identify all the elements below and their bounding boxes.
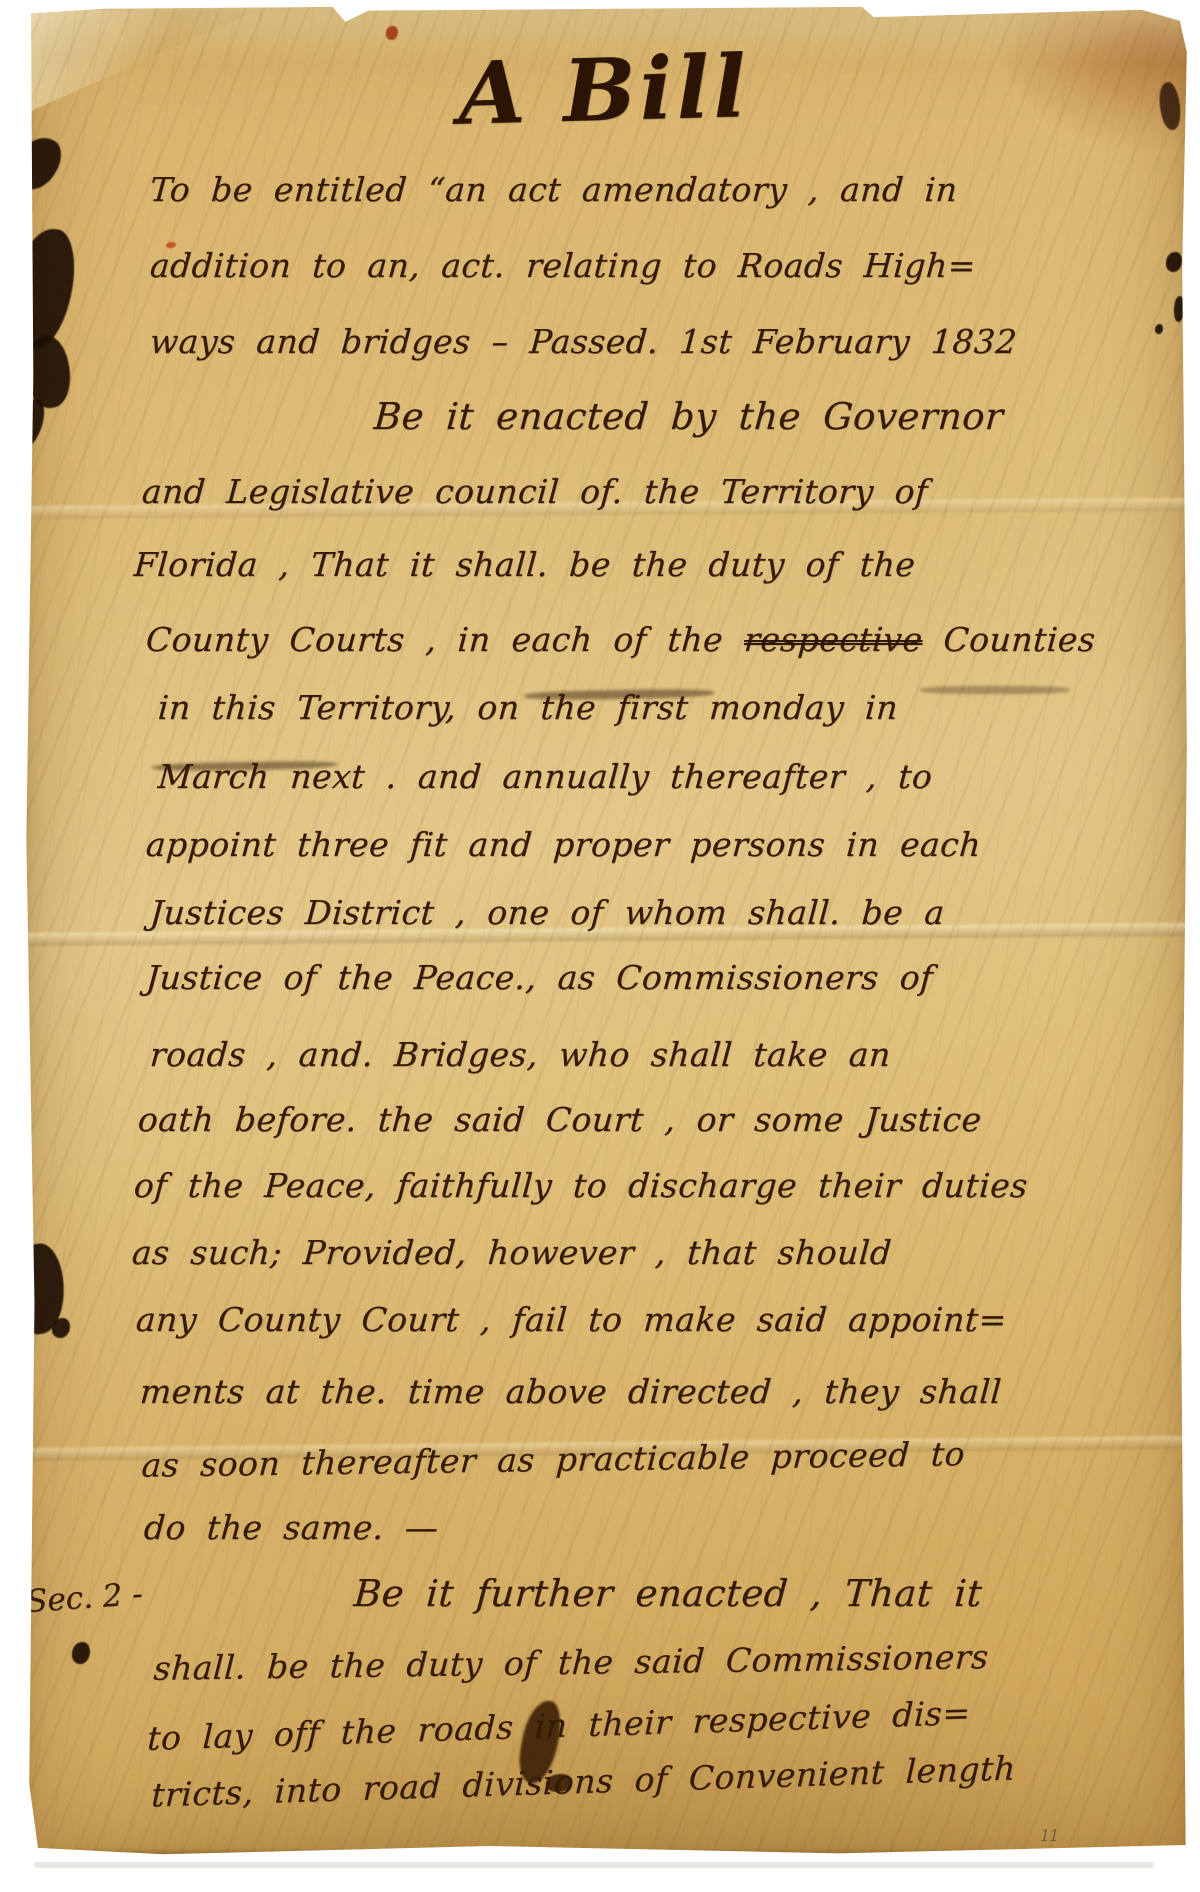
manuscript-line: oath before. the said Court , or some Ju… <box>137 1100 983 1139</box>
manuscript-line: Be it further enacted , That it <box>352 1572 983 1615</box>
manuscript-line: Justice of the Peace., as Commissioners … <box>145 958 935 997</box>
manuscript-line: of the Peace, faithfully to discharge th… <box>133 1166 1030 1205</box>
ink-smudge <box>920 686 1070 694</box>
manuscript-line: shall. be the duty of the said Commissio… <box>153 1637 990 1688</box>
manuscript-line: and Legislative council of. the Territor… <box>141 472 930 511</box>
line-segment: Counties <box>921 620 1097 659</box>
manuscript-line: Be it enacted by the Governor <box>372 395 1004 438</box>
manuscript-line: Justices District , one of whom shall. b… <box>149 893 946 932</box>
ink-blot <box>72 1642 90 1664</box>
ink-speck <box>1166 252 1182 272</box>
manuscript-line: roads , and. Bridges, who shall take an <box>149 1035 893 1074</box>
ink-speck <box>1155 324 1163 334</box>
document-title: A Bill <box>323 33 885 149</box>
manuscript-line: ments at the. time above directed , they… <box>139 1372 1003 1411</box>
ink-blot <box>10 396 49 453</box>
manuscript-line: do the same. — <box>143 1508 440 1547</box>
manuscript-line: Florida , That it shall. be the duty of … <box>133 545 917 584</box>
scan-bed-shadow <box>34 1862 1154 1868</box>
ink-speck <box>1174 296 1184 322</box>
document-scan: A Bill To be entitled “an act amendatory… <box>0 0 1200 1892</box>
ink-blot <box>8 130 67 197</box>
manuscript-line: to lay off the roads in their respective… <box>147 1693 972 1758</box>
manuscript-line: as such; Provided, however , that should <box>131 1233 893 1272</box>
struck-word: respective <box>743 620 924 659</box>
manuscript-line: March next . and annually thereafter , t… <box>157 757 934 796</box>
manuscript-line: in this Territory, on the first monday i… <box>157 688 900 727</box>
manuscript-line: appoint three fit and proper persons in … <box>145 825 983 864</box>
ink-speck <box>1156 81 1184 132</box>
ink-blot <box>19 332 77 412</box>
manuscript-line: ways and bridges – Passed. 1st February … <box>149 322 1019 361</box>
manuscript-line: as soon thereafter as practicable procee… <box>141 1434 967 1484</box>
paper-bottom-edge <box>24 1848 1188 1858</box>
ink-blot <box>52 1318 70 1338</box>
manuscript-line: County Courts , in each of the respectiv… <box>145 620 1097 659</box>
manuscript-line: tricts, into road divisions of Convenien… <box>151 1748 1017 1814</box>
ink-blot <box>6 225 80 354</box>
manuscript-line: To be entitled “an act amendatory , and … <box>149 170 959 209</box>
section-label: Sec. 2 - <box>25 1576 144 1620</box>
manuscript-page: A Bill To be entitled “an act amendatory… <box>24 6 1188 1858</box>
line-segment: County Courts , in each of the <box>145 620 746 659</box>
manuscript-line: addition to an, act. relating to Roads H… <box>149 246 978 285</box>
manuscript-line: any County Court , fail to make said app… <box>135 1300 1009 1339</box>
page-number-pencil-mark: 11 <box>1040 1826 1058 1845</box>
